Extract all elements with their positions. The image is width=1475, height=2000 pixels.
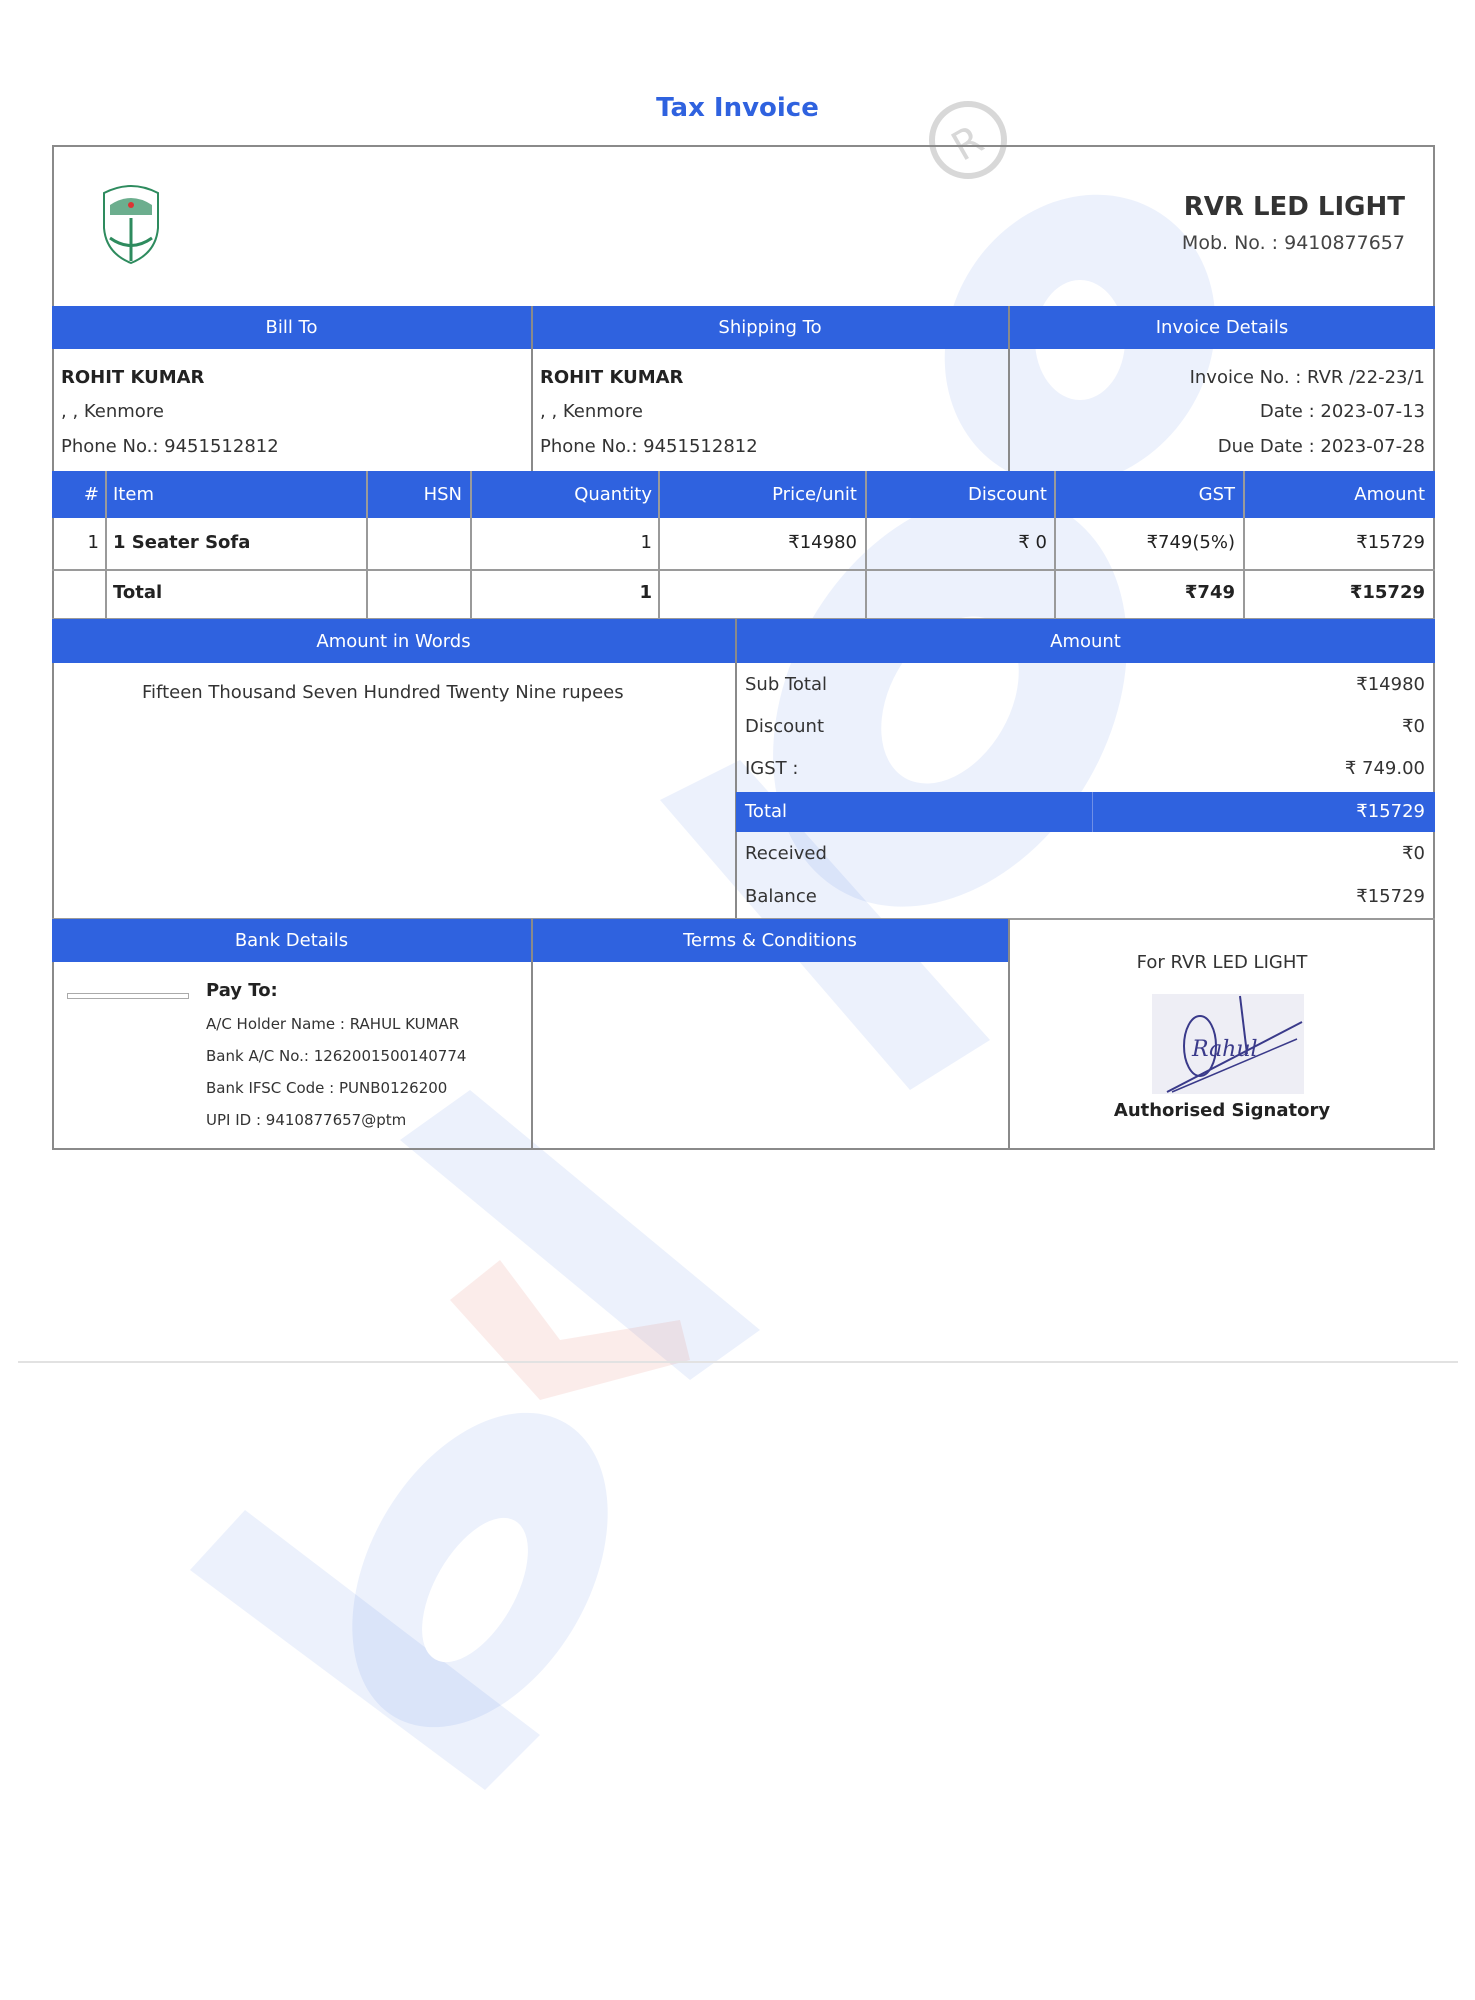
pay-to-label: Pay To: xyxy=(206,980,278,1001)
balance-value: ₹15729 xyxy=(1356,886,1425,907)
total-amount: ₹15729 xyxy=(1350,582,1425,603)
received-value: ₹0 xyxy=(1402,843,1425,864)
row-price: ₹14980 xyxy=(788,532,857,553)
total-gst: ₹749 xyxy=(1185,582,1235,603)
invoice-details-header: Invoice Details xyxy=(1009,306,1435,349)
shipping-to-header: Shipping To xyxy=(531,306,1009,349)
balance-label: Balance xyxy=(745,886,817,907)
table-column-divider xyxy=(1243,471,1245,619)
row-quantity: 1 xyxy=(641,532,652,553)
received-label: Received xyxy=(745,843,827,864)
row-amount: ₹15729 xyxy=(1356,532,1425,553)
igst-label: IGST : xyxy=(745,758,798,779)
school-crest-logo-icon xyxy=(96,183,166,265)
amount-in-words-text: Fifteen Thousand Seven Hundred Twenty Ni… xyxy=(142,682,624,703)
authorised-signatory: Authorised Signatory xyxy=(1009,1100,1435,1121)
invoice-number: Invoice No. : RVR /22-23/1 xyxy=(1190,367,1425,388)
bank-logo-placeholder xyxy=(67,993,189,999)
discount-label: Discount xyxy=(745,716,824,737)
table-column-divider xyxy=(105,471,107,619)
account-number: Bank A/C No.: 1262001500140774 xyxy=(206,1047,466,1065)
bank-details-header: Bank Details xyxy=(52,919,531,962)
total-label: Total xyxy=(113,582,162,603)
grand-total-row xyxy=(736,792,1435,832)
upi-id: UPI ID : 9410877657@ptm xyxy=(206,1111,406,1129)
bill-to-header: Bill To xyxy=(52,306,531,349)
row-discount: ₹ 0 xyxy=(1018,532,1047,553)
row-gst: ₹749(5%) xyxy=(1147,532,1235,553)
amount-in-words-header: Amount in Words xyxy=(52,619,735,663)
signature-for-label: For RVR LED LIGHT xyxy=(1009,952,1435,973)
shipping-to-address: , , Kenmore xyxy=(540,401,643,422)
account-holder: A/C Holder Name : RAHUL KUMAR xyxy=(206,1015,459,1033)
page-divider xyxy=(18,1361,1458,1363)
business-mobile: Mob. No. : 9410877657 xyxy=(1182,232,1405,254)
table-column-divider xyxy=(470,471,472,619)
terms-header: Terms & Conditions xyxy=(532,919,1008,962)
amount-header: Amount xyxy=(736,619,1435,663)
grand-total-value: ₹15729 xyxy=(1356,801,1425,822)
table-column-divider xyxy=(1054,471,1056,619)
table-column-divider xyxy=(658,471,660,619)
col-header-gst: GST xyxy=(1199,484,1235,505)
col-header-quantity: Quantity xyxy=(574,484,652,505)
total-quantity: 1 xyxy=(639,582,652,603)
row-index: 1 xyxy=(88,532,99,553)
table-column-divider xyxy=(865,471,867,619)
business-name: RVR LED LIGHT xyxy=(1184,192,1405,222)
col-header-price: Price/unit xyxy=(772,484,857,505)
col-header-discount: Discount xyxy=(968,484,1047,505)
igst-value: ₹ 749.00 xyxy=(1345,758,1425,779)
ifsc-code: Bank IFSC Code : PUNB0126200 xyxy=(206,1079,447,1097)
row-item: 1 Seater Sofa xyxy=(113,532,250,553)
invoice-due-date: Due Date : 2023-07-28 xyxy=(1218,436,1425,457)
invoice-date: Date : 2023-07-13 xyxy=(1260,401,1425,422)
shipping-to-name: ROHIT KUMAR xyxy=(540,367,683,388)
table-column-divider xyxy=(366,471,368,619)
col-header-index: # xyxy=(84,484,99,505)
grand-total-label: Total xyxy=(745,801,787,822)
sub-total-label: Sub Total xyxy=(745,674,827,695)
bill-to-name: ROHIT KUMAR xyxy=(61,367,204,388)
col-header-item: Item xyxy=(113,484,154,505)
sub-total-value: ₹14980 xyxy=(1356,674,1425,695)
col-header-hsn: HSN xyxy=(424,484,462,505)
bill-to-phone: Phone No.: 9451512812 xyxy=(61,436,279,457)
document-title: Tax Invoice xyxy=(0,93,1475,123)
col-header-amount: Amount xyxy=(1354,484,1425,505)
discount-value: ₹0 xyxy=(1402,716,1425,737)
signature-image-icon: Rahul xyxy=(1152,994,1304,1094)
shipping-to-phone: Phone No.: 9451512812 xyxy=(540,436,758,457)
bill-to-address: , , Kenmore xyxy=(61,401,164,422)
